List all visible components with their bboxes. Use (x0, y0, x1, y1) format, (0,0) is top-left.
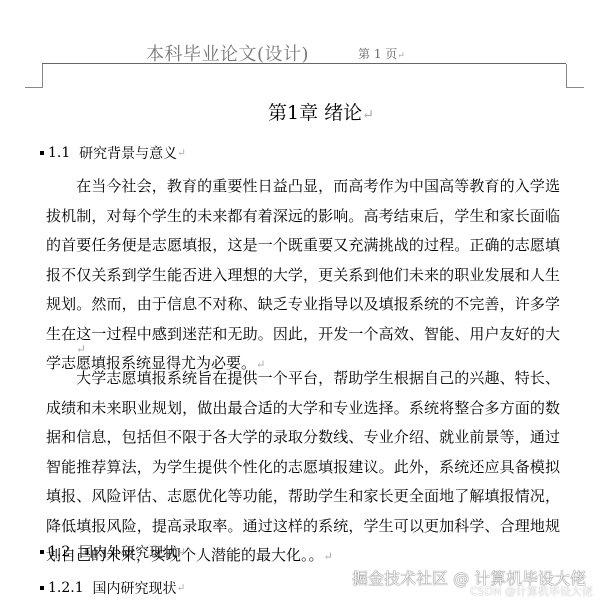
section-heading-1-2-1[interactable]: 1.2.1 国内研究现状↵ (40, 578, 185, 598)
list-bullet-icon (40, 151, 44, 155)
paragraph-mark-icon: ↵ (177, 546, 186, 558)
chapter-title: 第1章 绪论↵ (268, 98, 374, 125)
paragraph-mark-icon: ↵ (397, 51, 405, 61)
page-label: 第 1 页 (358, 47, 397, 61)
paragraph-mark-icon: ↵ (177, 147, 186, 159)
margin-corner-left (42, 64, 43, 88)
list-bullet-icon (40, 550, 44, 554)
empty-paragraph-mark-icon: ↵ (76, 342, 86, 356)
header-page-number: 第 1 页↵ (358, 45, 405, 62)
margin-corner-right-h (566, 87, 584, 88)
watermark-sub: CSDN @计算机毕设大佬 (470, 583, 593, 599)
body-paragraph-1[interactable]: 在当今社会，教育的重要性日益凸显，而高考作为中国高等教育的入学选拔机制，对每个学… (46, 172, 560, 380)
paragraph-mark-icon: ↵ (362, 107, 374, 123)
margin-corner-right (566, 64, 567, 88)
section-heading-1-2[interactable]: 1.2 国内外研究现状↵ (40, 542, 186, 562)
paragraph-mark-icon: ↵ (324, 550, 333, 563)
list-bullet-icon (40, 586, 44, 590)
header-divider (42, 63, 566, 64)
section-heading-1-1[interactable]: 1.1 研究背景与意义↵ (40, 143, 186, 163)
margin-corner-left-h (25, 87, 43, 88)
paragraph-mark-icon: ↵ (177, 582, 186, 594)
body-paragraph-2[interactable]: 大学志愿填报系统旨在提供一个平台，帮助学生根据自己的兴趣、特长、成绩和未来职业规… (46, 364, 560, 572)
